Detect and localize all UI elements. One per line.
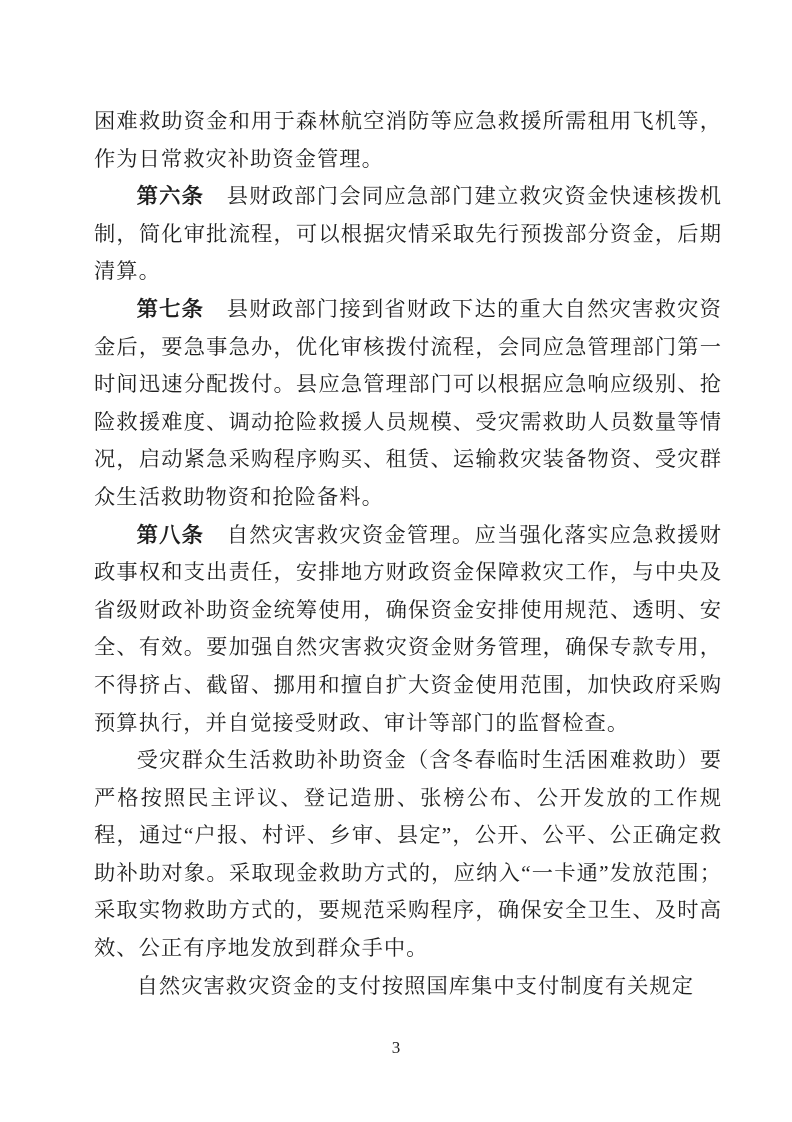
- paragraph: 困难救助资金和用于森林航空消防等应急救援所需租用飞机等，作为日常救灾补助资金管理…: [94, 103, 722, 178]
- article-number-label: 第七条: [137, 297, 205, 321]
- article-number-label: 第六条: [137, 184, 205, 208]
- page-number: 3: [0, 1036, 792, 1060]
- document-body: 困难救助资金和用于森林航空消防等应急救援所需租用飞机等，作为日常救灾补助资金管理…: [94, 103, 722, 1005]
- paragraph-text: 自然灾害救灾资金管理。应当强化落实应急救援财政事权和支出责任，安排地方财政资金保…: [94, 523, 722, 735]
- paragraph-text: 县财政部门接到省财政下达的重大自然灾害救灾资金后，要急事急办，优化审核拨付流程，…: [94, 297, 722, 509]
- paragraph-text: 受灾群众生活救助补助资金（含冬春临时生活困难救助）要严格按照民主评议、登记造册、…: [94, 748, 722, 960]
- paragraph: 第六条 县财政部门会同应急部门建立救灾资金快速核拨机制，简化审批流程，可以根据灾…: [94, 178, 722, 291]
- paragraph: 第八条 自然灾害救灾资金管理。应当强化落实应急救援财政事权和支出责任，安排地方财…: [94, 517, 722, 743]
- document-page: 困难救助资金和用于森林航空消防等应急救援所需租用飞机等，作为日常救灾补助资金管理…: [0, 0, 792, 1122]
- paragraph-text: 自然灾害救灾资金的支付按照国库集中支付制度有关规定: [137, 974, 694, 998]
- paragraph: 自然灾害救灾资金的支付按照国库集中支付制度有关规定: [94, 968, 722, 1006]
- paragraph: 第七条 县财政部门接到省财政下达的重大自然灾害救灾资金后，要急事急办，优化审核拨…: [94, 291, 722, 517]
- paragraph-text: 困难救助资金和用于森林航空消防等应急救援所需租用飞机等，作为日常救灾补助资金管理…: [94, 109, 722, 171]
- article-number-label: 第八条: [137, 523, 205, 547]
- paragraph: 受灾群众生活救助补助资金（含冬春临时生活困难救助）要严格按照民主评议、登记造册、…: [94, 742, 722, 968]
